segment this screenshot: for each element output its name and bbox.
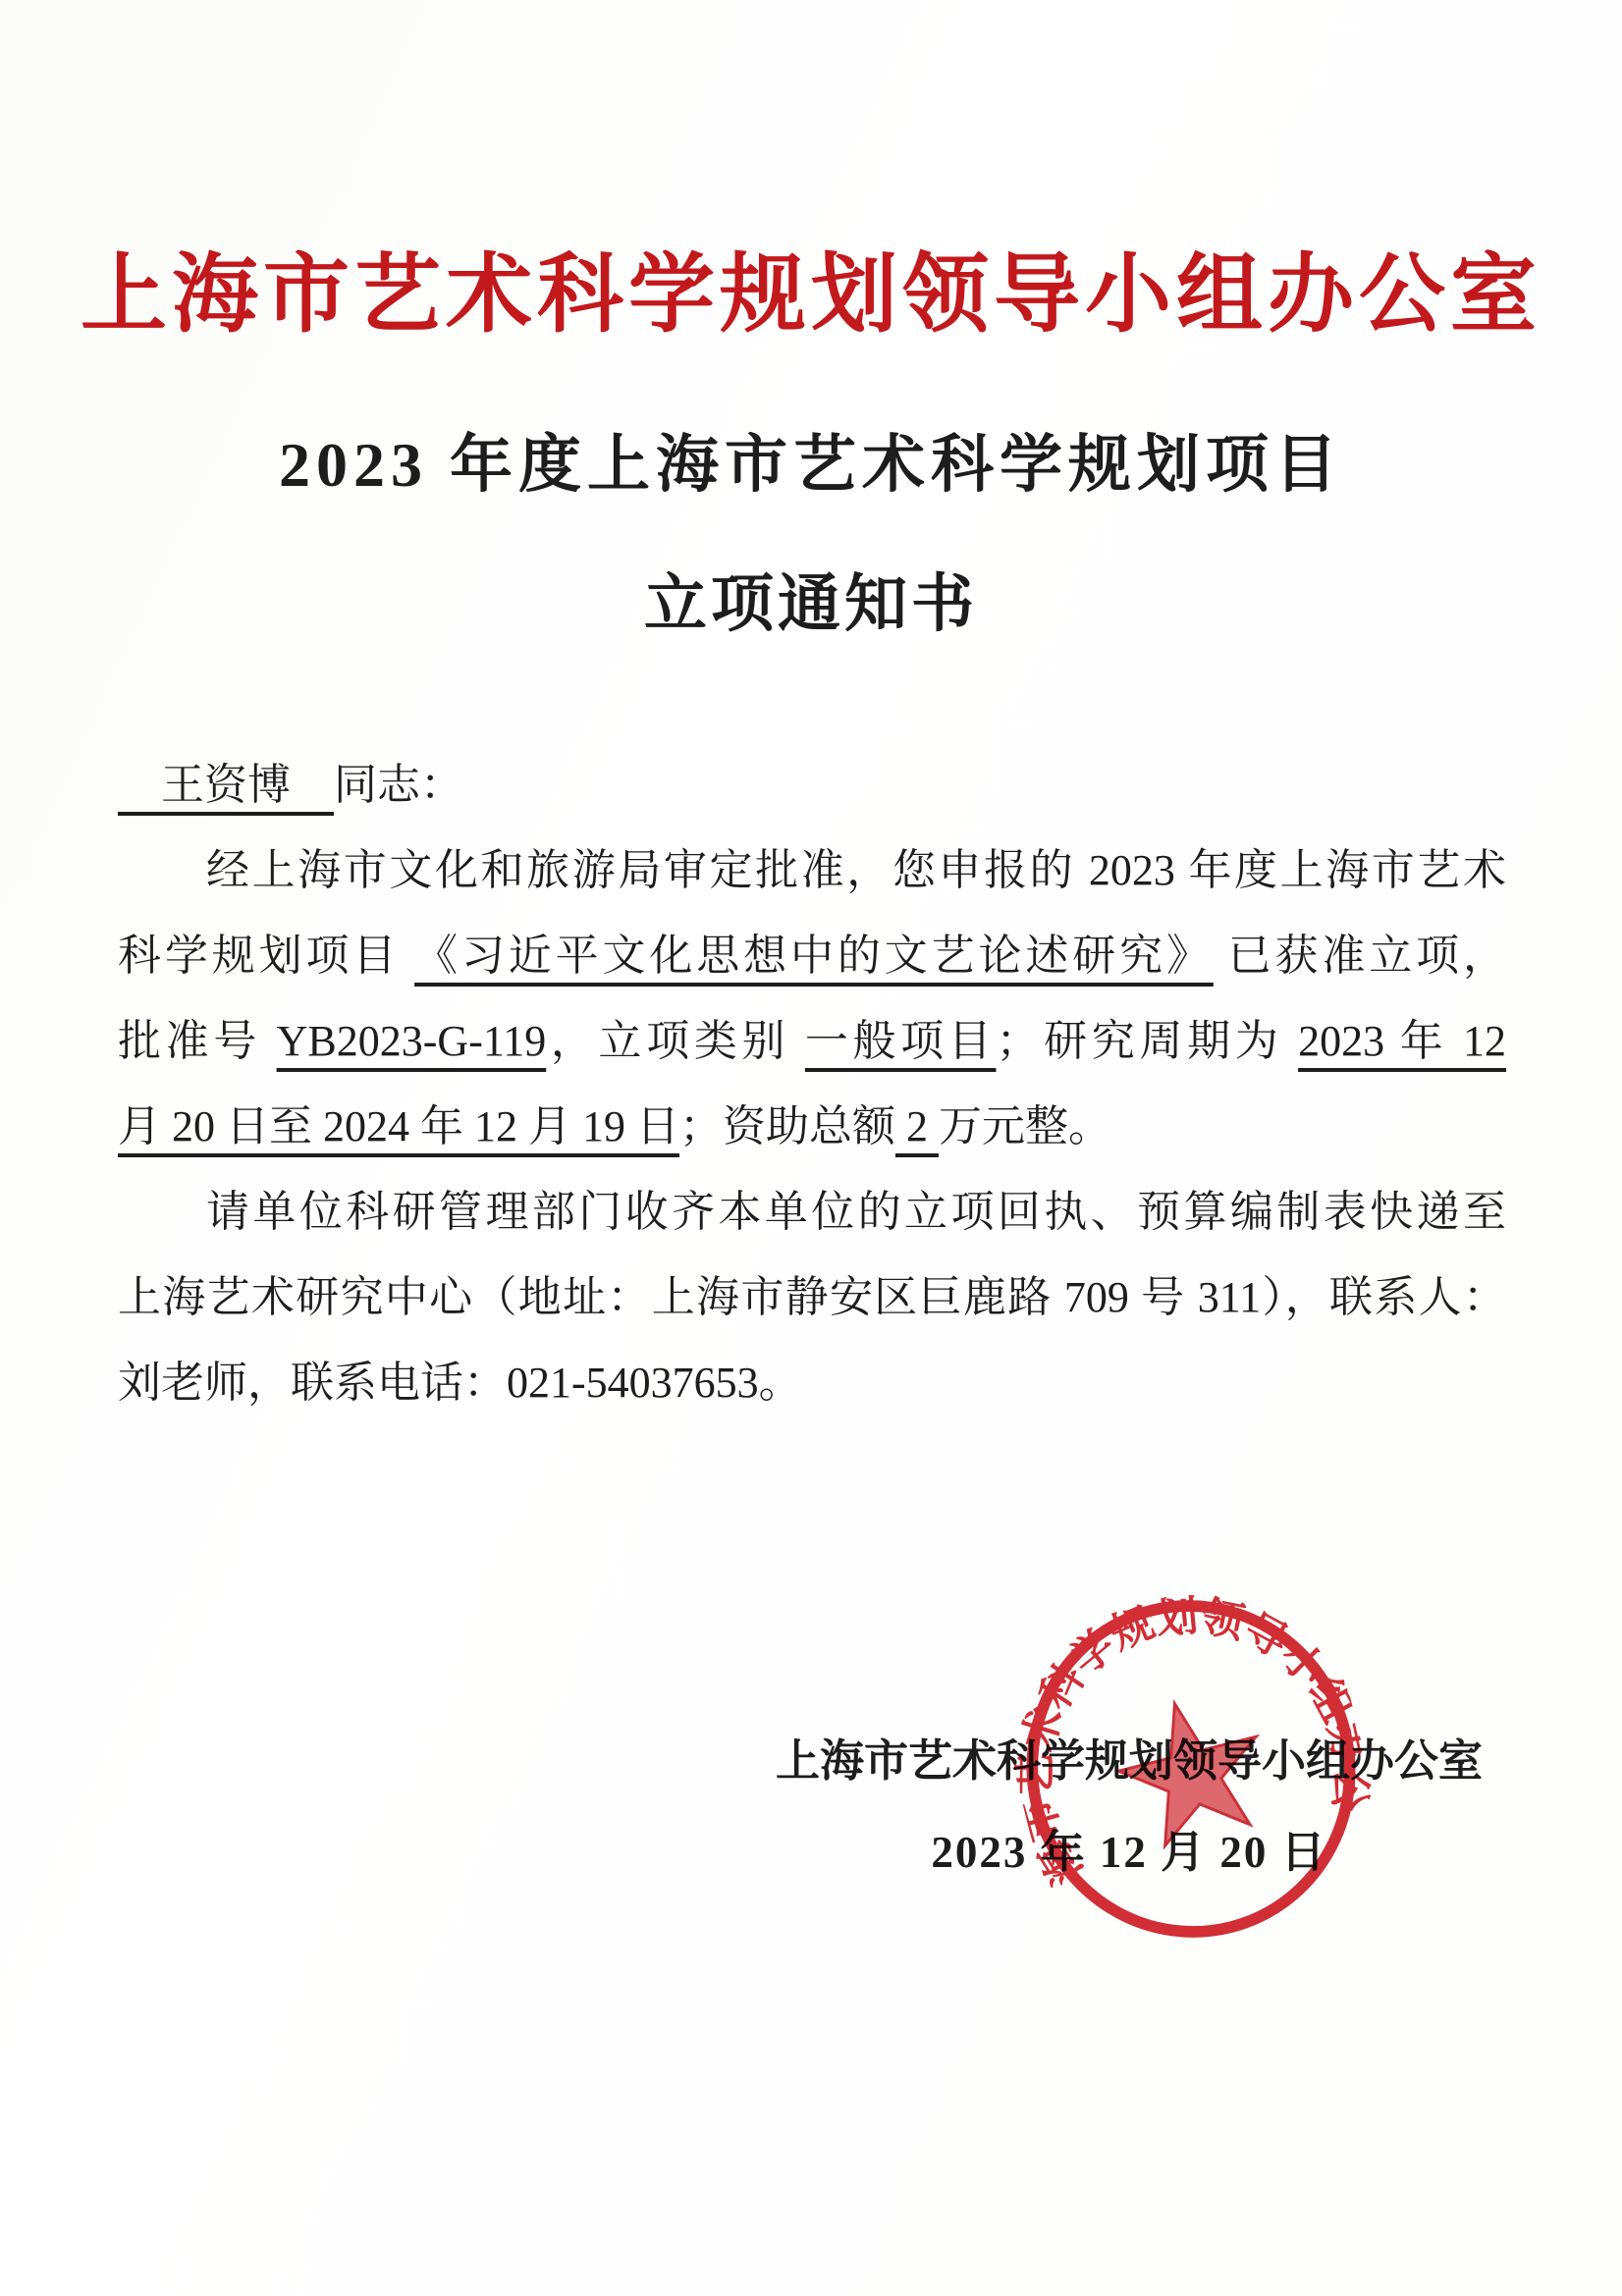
body-line-6: 上海艺术研究中心（地址：上海市静安区巨鹿路 709 号 311），联系人： bbox=[118, 1255, 1506, 1340]
body-line-4: 月 20 日至 2024 年 12 月 19 日；资助总额 2 万元整。 bbox=[118, 1084, 1506, 1169]
body-line-3: 批准号 YB2023-G-119，立项类别 一般项目；研究周期为 2023 年 … bbox=[118, 998, 1506, 1084]
body-line-5: 请单位科研管理部门收齐本单位的立项回执、预算编制表快递至 bbox=[118, 1169, 1506, 1255]
document-page: 上海市艺术科学规划领导小组办公室 2023 年度上海市艺术科学规划项目 立项通知… bbox=[0, 0, 1622, 2296]
research-period-start-underlined: 2023 年 12 bbox=[1298, 1017, 1506, 1065]
body-text: 科学规划项目 bbox=[118, 932, 414, 980]
salutation-suffix: 同志： bbox=[334, 761, 463, 809]
body-text: ，立项类别 bbox=[546, 1017, 805, 1065]
body-text: 经上海市文化和旅游局审定批准，您申报的 2023 年度上海市艺术 bbox=[206, 846, 1506, 894]
doc-title-line2: 立项通知书 bbox=[0, 569, 1622, 640]
body-line-1: 经上海市文化和旅游局审定批准，您申报的 2023 年度上海市艺术 bbox=[118, 828, 1506, 913]
signature-block: 上海市艺术科学规划领导小组办公室 2023 年 12 月 20 日 bbox=[776, 1716, 1483, 1898]
salutation: 王资博 同志： bbox=[118, 742, 1506, 828]
doc-title-line1: 2023 年度上海市艺术科学规划项目 bbox=[0, 430, 1622, 501]
signature-date: 2023 年 12 月 20 日 bbox=[776, 1807, 1483, 1898]
body-text: 请单位科研管理部门收齐本单位的立项回执、预算编制表快递至 bbox=[206, 1188, 1506, 1236]
recipient-name: 王资博 bbox=[118, 761, 334, 809]
body-text: 万元整。 bbox=[939, 1102, 1111, 1150]
body-text: 已获准立项， bbox=[1214, 932, 1506, 980]
body-text: ；研究周期为 bbox=[996, 1017, 1298, 1065]
contact-address: 上海艺术研究中心（地址：上海市静安区巨鹿路 709 号 311），联系人： bbox=[118, 1273, 1506, 1321]
signature-org: 上海市艺术科学规划领导小组办公室 bbox=[776, 1716, 1483, 1807]
body-line-2: 科学规划项目 《习近平文化思想中的文艺论述研究》 已获准立项， bbox=[118, 913, 1506, 998]
body-text: ；资助总额 bbox=[679, 1102, 895, 1150]
project-category-underlined: 一般项目 bbox=[805, 1017, 997, 1065]
body-line-7: 刘老师，联系电话：021-54037653。 bbox=[118, 1340, 1506, 1425]
grant-amount-underlined: 2 bbox=[895, 1102, 939, 1150]
body-text: 批准号 bbox=[118, 1017, 277, 1065]
research-period-end-underlined: 月 20 日至 2024 年 12 月 19 日 bbox=[118, 1102, 679, 1150]
letter-body: 王资博 同志： 经上海市文化和旅游局审定批准，您申报的 2023 年度上海市艺术… bbox=[118, 742, 1506, 1425]
org-header: 上海市艺术科学规划领导小组办公室 bbox=[0, 247, 1622, 346]
approval-number-underlined: YB2023-G-119 bbox=[277, 1017, 547, 1065]
project-title-underlined: 《习近平文化思想中的文艺论述研究》 bbox=[414, 932, 1214, 980]
contact-phone: 刘老师，联系电话：021-54037653。 bbox=[118, 1359, 802, 1407]
